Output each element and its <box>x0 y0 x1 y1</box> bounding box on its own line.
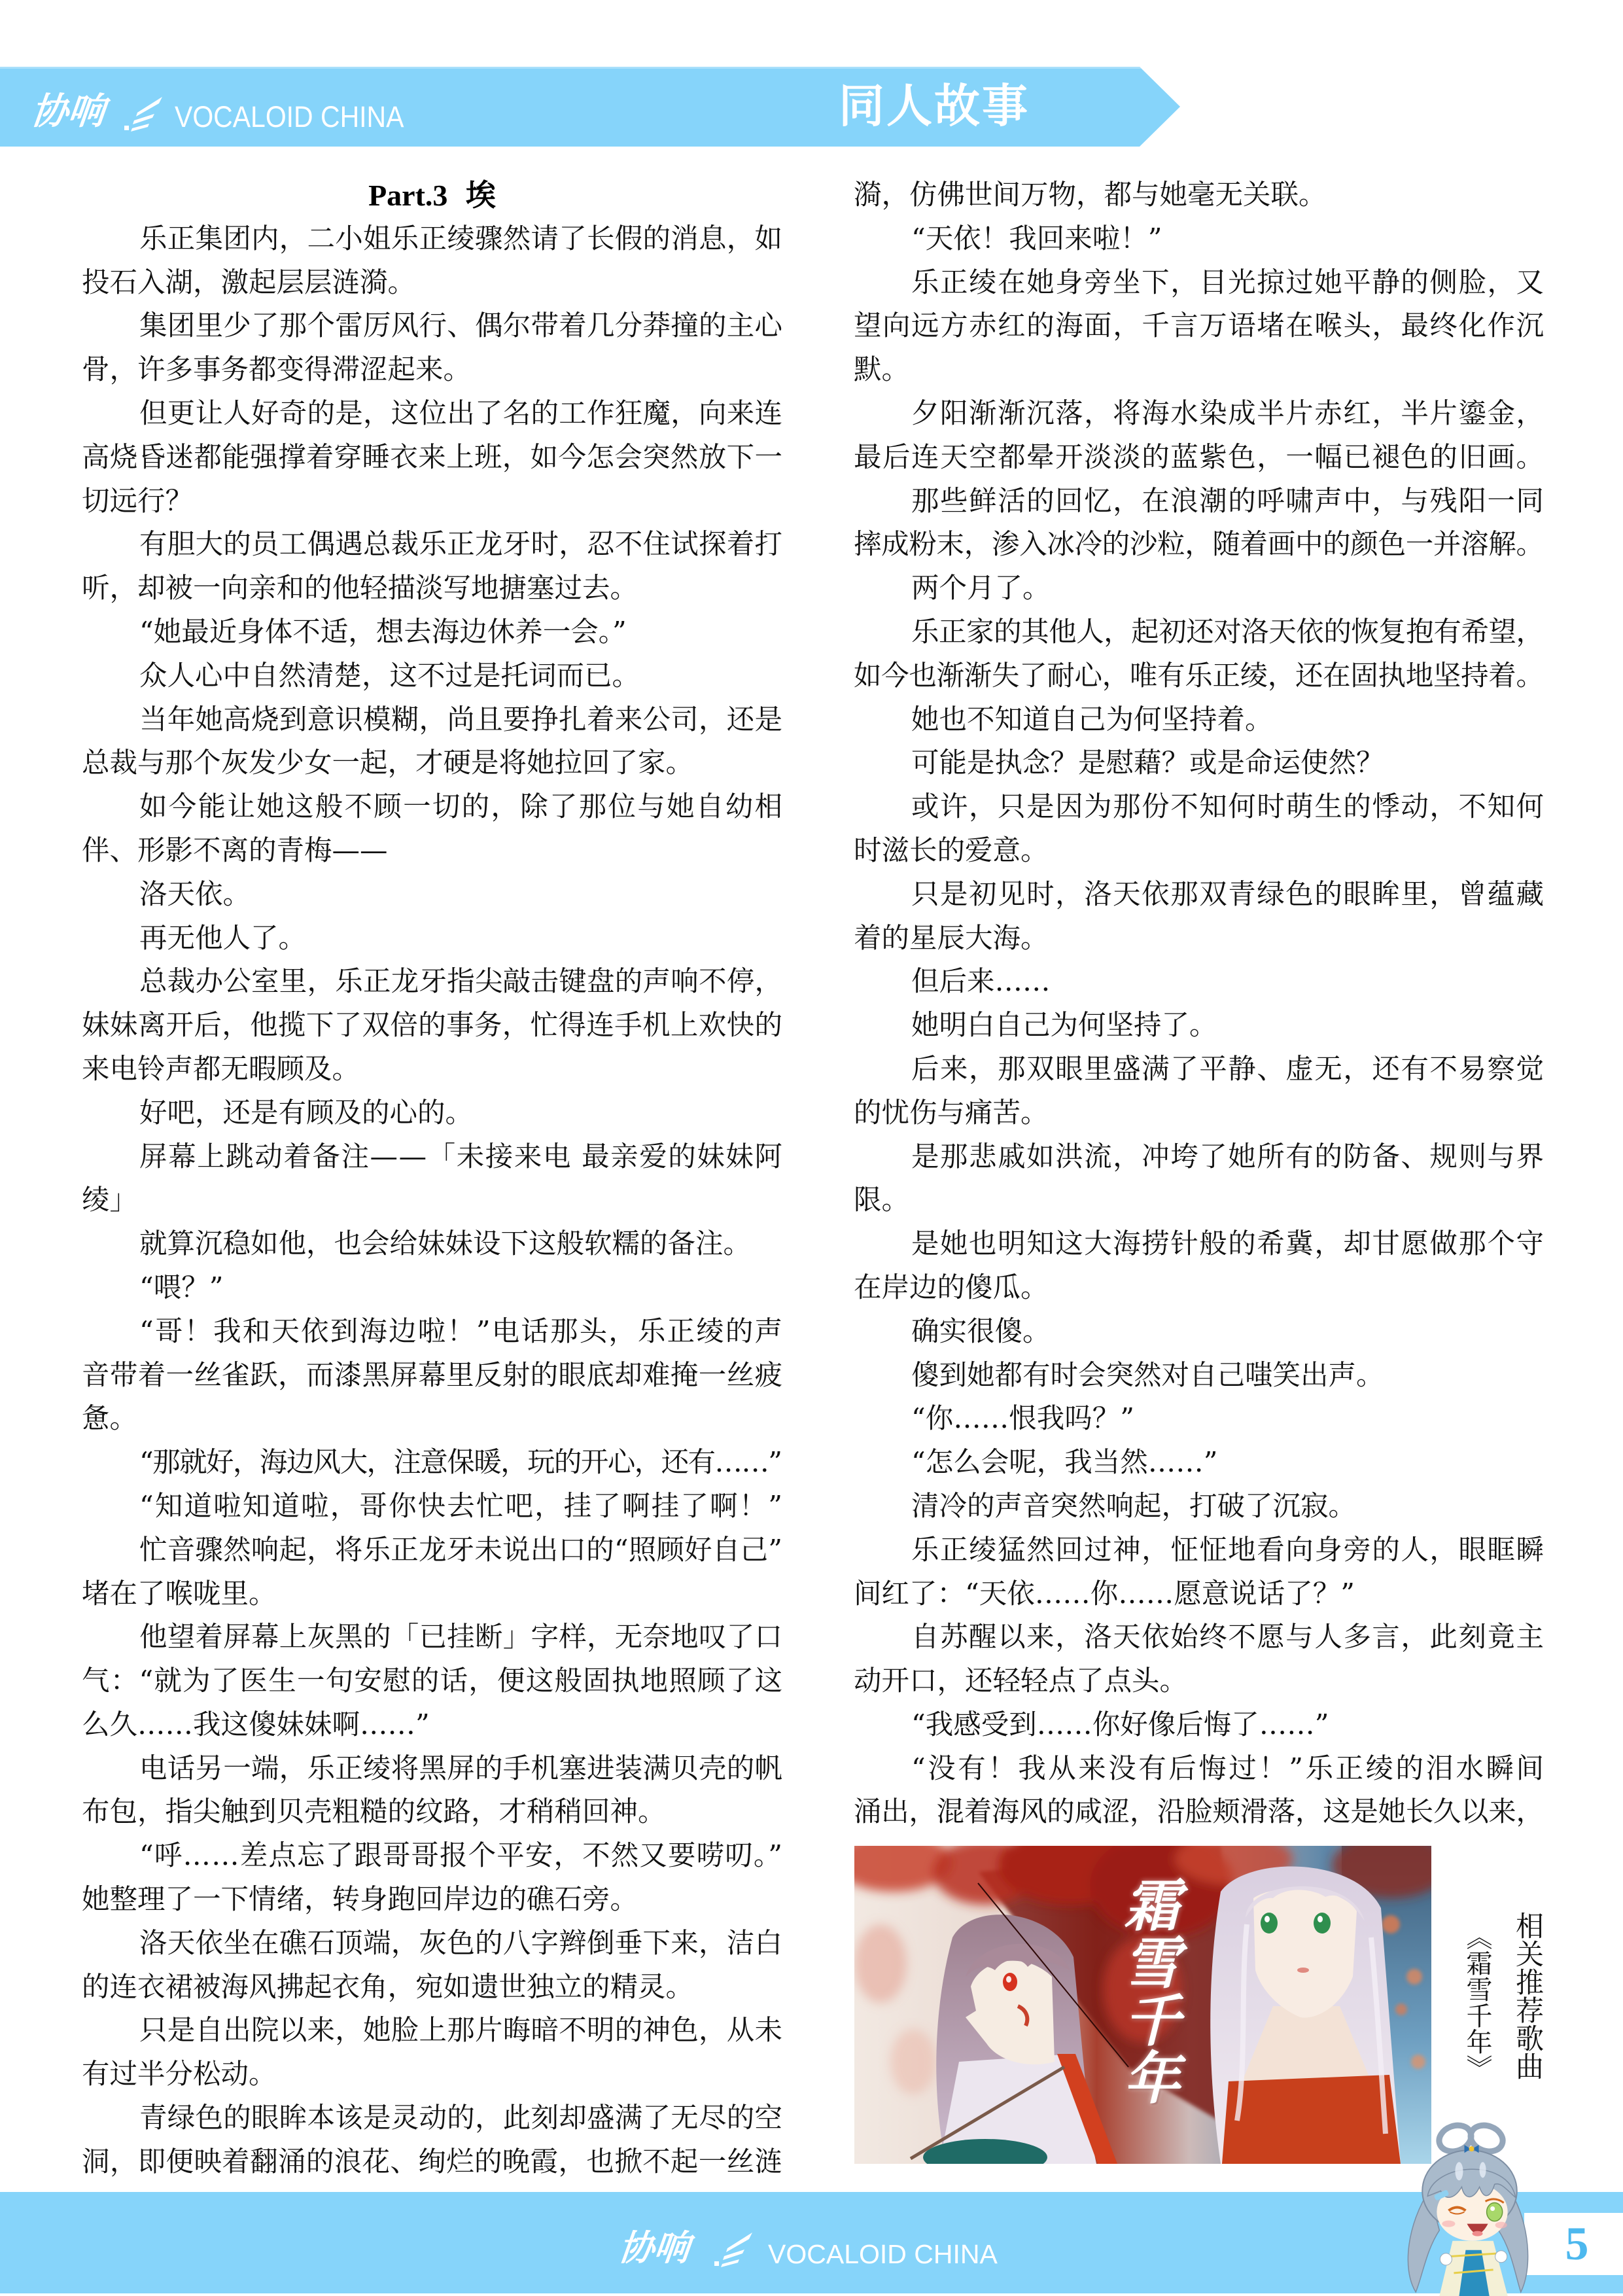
right-column-line: “怎么会呢，我当然……” <box>854 1441 1544 1485</box>
left-column-line: 再无他人了。 <box>82 917 782 961</box>
left-column-line: 惫。 <box>82 1398 782 1441</box>
right-column-line: 她明白自己为何坚持了。 <box>854 1004 1544 1048</box>
right-column-line: 是她也明知这大海捞针般的希冀，却甘愿做那个守 <box>854 1223 1544 1267</box>
left-column-line: 总裁与那个灰发少女一起，才硬是将她拉回了家。 <box>82 742 782 786</box>
left-column-line: 好吧，还是有顾及的心的。 <box>82 1092 782 1136</box>
right-column-line: 确实很傻。 <box>854 1311 1544 1354</box>
right-column-line: 漪，仿佛世间万物，都与她毫无关联。 <box>854 174 1544 218</box>
left-column-line: “知道啦知道啦，哥你快去忙吧，挂了啊挂了啊！” <box>82 1485 782 1529</box>
right-column-line: 她也不知道自己为何坚持着。 <box>854 699 1544 743</box>
right-column-line: 夕阳渐渐沉落，将海水染成半片赤红，半片鎏金， <box>854 393 1544 436</box>
left-column-line: 有胆大的员工偶遇总裁乐正龙牙时，忍不住试探着打 <box>82 523 782 567</box>
left-column-line: 么久……我这傻妹妹啊……” <box>82 1704 782 1748</box>
right-column-line: 乐正绫在她身旁坐下，目光掠过她平静的侧脸，又 <box>854 262 1544 306</box>
left-column-line: 当年她高烧到意识模糊，尚且要挣扎着来公司，还是 <box>82 699 782 743</box>
recommended-song-title: 《霜雪千年》 <box>1463 1924 1491 2081</box>
left-column-line: 洛天依。 <box>82 874 782 917</box>
left-column-line: 总裁办公室里，乐正龙牙指尖敲击键盘的声响不停， <box>82 961 782 1004</box>
right-column-line: “我感受到……你好像后悔了……” <box>854 1704 1544 1748</box>
right-column-line: 两个月了。 <box>854 567 1544 611</box>
right-column-line: 摔成粉末，渗入冰冷的沙粒，随着画中的颜色一并溶解。 <box>854 523 1544 567</box>
right-column-line: “你……恨我吗？” <box>854 1398 1544 1441</box>
left-column-line: 电话另一端，乐正绫将黑屏的手机塞进装满贝壳的帆 <box>82 1748 782 1792</box>
left-column-line: 青绿色的眼眸本该是灵动的，此刻却盛满了无尽的空 <box>82 2097 782 2141</box>
left-column-line: 来电铃声都无暇顾及。 <box>82 1048 782 1092</box>
right-column-line: 如今也渐渐失了耐心，唯有乐正绫，还在固执地坚持着。 <box>854 655 1544 699</box>
left-column-line: “哥！我和天依到海边啦！”电话那头，乐正绫的声 <box>82 1311 782 1354</box>
left-column-line: 骨，许多事务都变得滞涩起来。 <box>82 349 782 393</box>
wing-logo-icon <box>123 96 164 133</box>
left-column-line: 只是自出院以来，她脸上那片晦暗不明的神色，从未 <box>82 2009 782 2053</box>
left-column-line: 绫」 <box>82 1179 782 1223</box>
left-column-line: 洛天依坐在礁石顶端，灰色的八字辫倒垂下来，洁白 <box>82 1922 782 1966</box>
right-column-line: 自苏醒以来，洛天依始终不愿与人多言，此刻竟主 <box>854 1616 1544 1660</box>
article-title: Part.3 埃 <box>82 174 782 218</box>
left-column-line: 投石入湖，激起层层涟漪。 <box>82 262 782 306</box>
left-column-line: 忙音骤然响起，将乐正龙牙未说出口的“照顾好自己” <box>82 1529 782 1573</box>
left-column-line: 音带着一丝雀跃，而漆黑屏幕里反射的眼底却难掩一丝疲 <box>82 1354 782 1398</box>
wing-logo-icon <box>707 2231 760 2269</box>
right-column-line: “没有！我从来没有后悔过！”乐正绫的泪水瞬间 <box>854 1748 1544 1792</box>
right-column-line: 那些鲜活的回忆，在浪潮的呼啸声中，与残阳一同 <box>854 480 1544 524</box>
section-title: 同人故事 <box>839 82 1030 130</box>
left-column-line: 乐正集团内，二小姐乐正绫骤然请了长假的消息，如 <box>82 218 782 262</box>
right-column-line: 的忧伤与痛苦。 <box>854 1092 1544 1136</box>
right-column-line: 限。 <box>854 1179 1544 1223</box>
footer-brand-english: VOCALOID CHINA <box>768 2241 998 2268</box>
left-column-line: “呼……差点忘了跟哥哥报个平安，不然又要唠叨。” <box>82 1835 782 1879</box>
chibi-mascot-icon <box>1400 2119 1534 2296</box>
left-column-line: “她最近身体不适，想去海边休养一会。” <box>82 611 782 655</box>
left-column-line: 集团里少了那个雷厉风行、偶尔带着几分莽撞的主心 <box>82 305 782 349</box>
left-column-line: 但更让人好奇的是，这位出了名的工作狂魔，向来连 <box>82 393 782 436</box>
left-column-line: 堵在了喉咙里。 <box>82 1573 782 1617</box>
left-column-line: 高烧昏迷都能强撑着穿睡衣来上班，如今怎会突然放下一 <box>82 436 782 480</box>
left-column-line: 有过半分松动。 <box>82 2053 782 2097</box>
header-brand-logo-text: 协响 <box>29 93 107 130</box>
page-number: 5 <box>1524 2213 1623 2275</box>
footer-brand-logo-text: 协响 <box>617 2230 691 2265</box>
left-column-line: 她整理了一下情绪，转身跑回岸边的礁石旁。 <box>82 1879 782 1922</box>
right-column-line: 清冷的声音突然响起，打破了沉寂。 <box>854 1485 1544 1529</box>
left-column-line: 洞，即便映着翻涌的浪花、绚烂的晚霞，也掀不起一丝涟 <box>82 2141 782 2185</box>
right-column-line: 可能是执念？是慰藉？或是命运使然？ <box>854 742 1544 786</box>
left-column-line: 众人心中自然清楚，这不过是托词而已。 <box>82 655 782 699</box>
left-column-line: 如今能让她这般不顾一切的，除了那位与她自幼相 <box>82 786 782 830</box>
right-column-line: 最后连天空都晕开淡淡的蓝紫色，一幅已褪色的旧画。 <box>854 436 1544 480</box>
right-column-line: 动开口，还轻轻点了点头。 <box>854 1660 1544 1704</box>
right-column-line: 是那悲戚如洪流，冲垮了她所有的防备、规则与界 <box>854 1136 1544 1180</box>
left-column-line: “喂？” <box>82 1267 782 1311</box>
left-column-line: “那就好，海边风大，注意保暖，玩的开心，还有……” <box>82 1441 782 1485</box>
right-column-line: 只是初见时，洛天依那双青绿色的眼眸里，曾蕴藏 <box>854 874 1544 917</box>
left-column-line: 听，却被一向亲和的他轻描淡写地搪塞过去。 <box>82 567 782 611</box>
right-column-line: 后来，那双眼里盛满了平静、虚无，还有不易察觉 <box>854 1048 1544 1092</box>
right-column-line: 乐正绫猛然回过神，怔怔地看向身旁的人，眼眶瞬 <box>854 1529 1544 1573</box>
recommended-song-label: 相关推荐歌曲 <box>1513 1911 1541 2080</box>
article-left-column: Part.3 埃 乐正集团内，二小姐乐正绫骤然请了长假的消息，如 投石入湖，激起… <box>82 174 782 2185</box>
left-column-line: 妹妹离开后，他揽下了双倍的事务，忙得连手机上欢快的 <box>82 1004 782 1048</box>
right-column-line: 乐正家的其他人，起初还对洛天依的恢复抱有希望， <box>854 611 1544 655</box>
right-column-line: “天依！我回来啦！” <box>854 218 1544 262</box>
left-column-line: 就算沉稳如他，也会给妹妹设下这般软糯的备注。 <box>82 1223 782 1267</box>
right-column-line: 间红了：“天依……你……愿意说话了？” <box>854 1573 1544 1617</box>
article-right-column: 漪，仿佛世间万物，都与她毫无关联。 “天依！我回来啦！” 乐正绫在她身旁坐下，目… <box>854 174 1544 1835</box>
left-column-line: 伴、形影不离的青梅—— <box>82 830 782 874</box>
right-column-line: 涌出，混着海风的咸涩，沿脸颊滑落，这是她长久以来， <box>854 1791 1544 1835</box>
right-column-line: 傻到她都有时会突然对自己嗤笑出声。 <box>854 1354 1544 1398</box>
song-cover-title-text: 霜雪千年 <box>1098 1876 1196 2125</box>
left-column-line: 的连衣裙被海风拂起衣角，宛如遗世独立的精灵。 <box>82 1966 782 2010</box>
header-brand-english: VOCALOID CHINA <box>175 102 404 132</box>
left-column-line: 他望着屏幕上灰黑的「已挂断」字样，无奈地叹了口 <box>82 1616 782 1660</box>
left-column-line: 布包，指尖触到贝壳粗糙的纹路，才稍稍回神。 <box>82 1791 782 1835</box>
right-column-line: 在岸边的傻瓜。 <box>854 1267 1544 1311</box>
right-column-line: 望向远方赤红的海面，千言万语堵在喉头，最终化作沉 <box>854 305 1544 349</box>
right-column-line: 或许，只是因为那份不知何时萌生的悸动，不知何 <box>854 786 1544 830</box>
left-column-line: 气：“就为了医生一句安慰的话，便这般固执地照顾了这 <box>82 1660 782 1704</box>
right-column-line: 时滋长的爱意。 <box>854 830 1544 874</box>
right-column-line: 但后来…… <box>854 961 1544 1004</box>
right-column-line: 默。 <box>854 349 1544 393</box>
left-column-line: 切远行？ <box>82 480 782 524</box>
right-column-line: 着的星辰大海。 <box>854 917 1544 961</box>
left-column-line: 屏幕上跳动着备注——「未接来电 最亲爱的妹妹阿 <box>82 1136 782 1180</box>
song-cover-image: 霜雪千年 <box>854 1846 1431 2164</box>
